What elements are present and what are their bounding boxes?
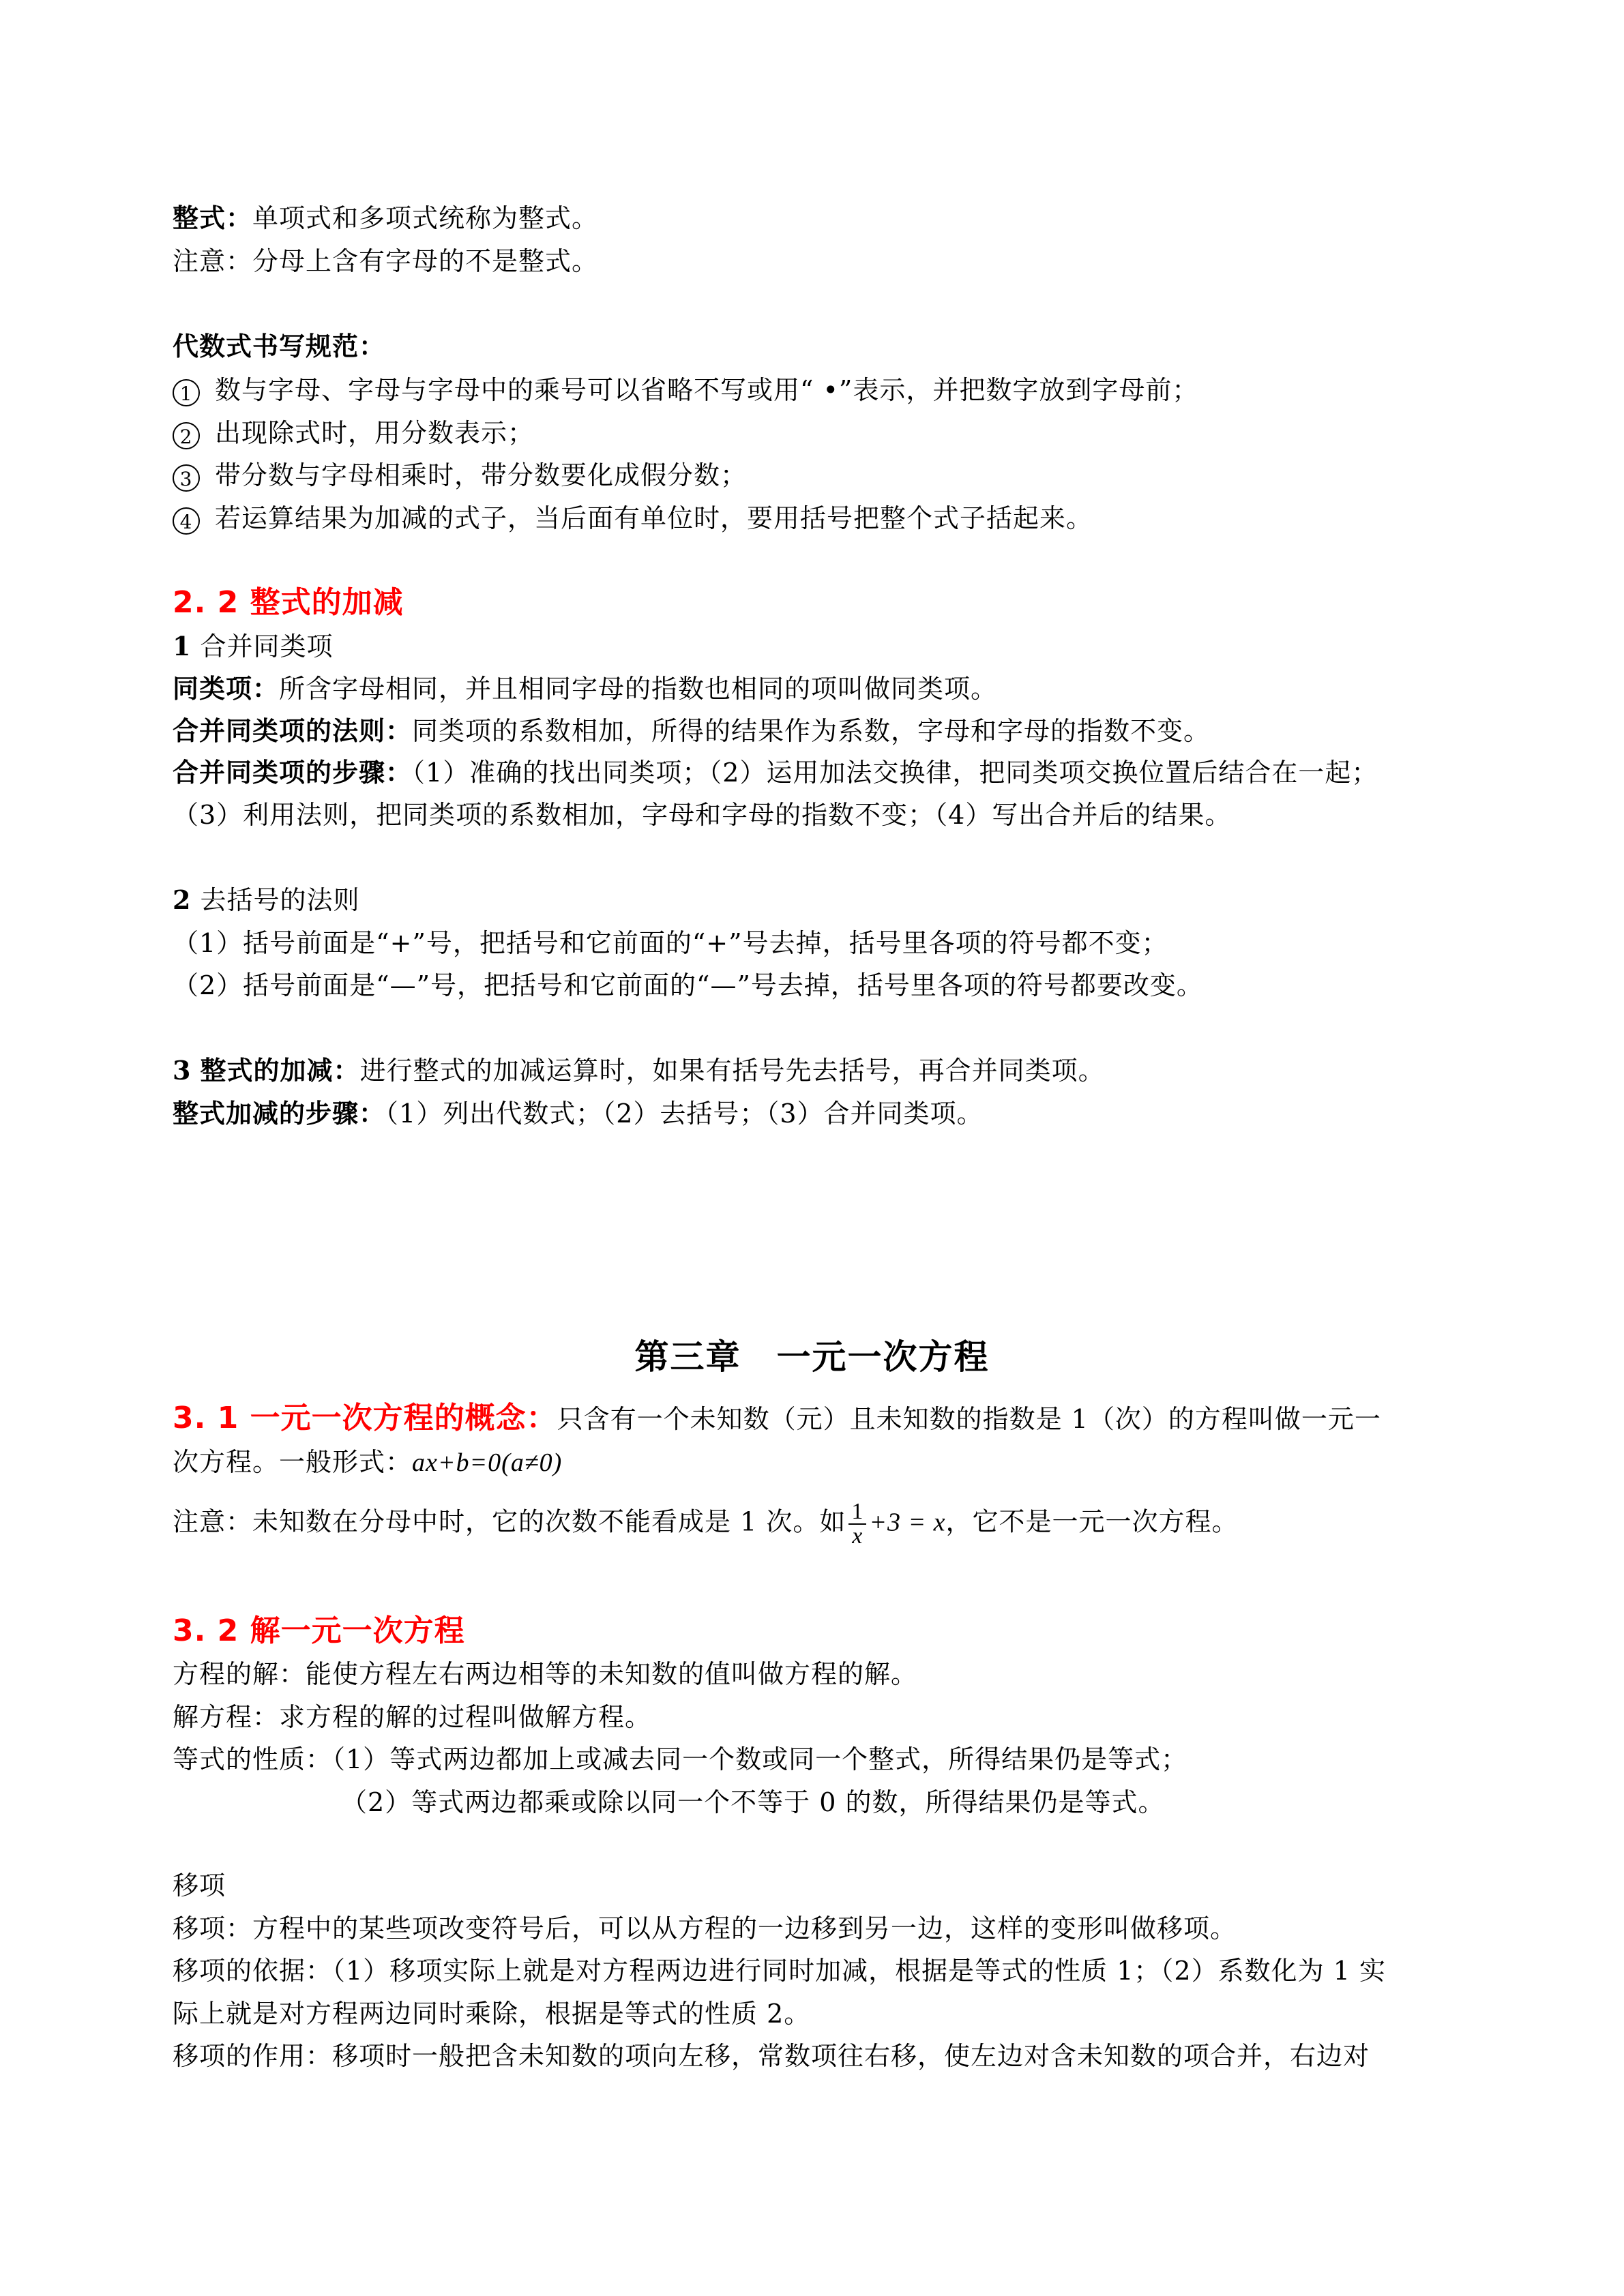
equation-rest: +3 = x	[869, 1508, 945, 1537]
rule-item: 1数与字母、字母与字母中的乘号可以省略不写或用“ •”表示，并把数字放到字母前；	[173, 374, 1198, 406]
definition-text: 单项式和多项式统称为整式。	[252, 203, 598, 233]
writing-rules-title: 代数式书写规范：	[173, 330, 385, 363]
term-label: 同类项：	[173, 673, 279, 704]
subsection-number: 2	[173, 884, 191, 915]
text-line: 解方程：求方程的解的过程叫做解方程。	[173, 1701, 651, 1733]
text-line: 方程的解：能使方程左右两边相等的未知数的值叫做方程的解。	[173, 1658, 917, 1690]
subsection-title-text: 整式的加减：	[201, 1055, 360, 1086]
section-heading-3-1: 3. 1 一元一次方程的概念：	[173, 1401, 557, 1435]
rule-item: 2出现除式时，用分数表示；	[173, 417, 534, 449]
rule-text: 若运算结果为加减的式子，当后面有单位时，要用括号把整个式子括起来。	[215, 503, 1093, 533]
zhengshi-definition: 整式：单项式和多项式统称为整式。	[173, 202, 598, 235]
definition-text: （3）利用法则，把同类项的系数相加，字母和字母的指数不变；（4）写出合并后的结果…	[173, 800, 1231, 830]
circled-number-icon: 3	[173, 464, 200, 492]
circled-number-icon: 2	[173, 422, 200, 449]
rule-line: （2）括号前面是“—”号，把括号和它前面的“—”号去掉，括号里各项的符号都要改变…	[173, 969, 1203, 1002]
definition-text: 所含字母相同，并且相同字母的指数也相同的项叫做同类项。	[279, 674, 997, 704]
rule-line: （1）括号前面是“+”号，把括号和它前面的“+”号去掉，括号里各项的符号都不变；	[173, 927, 1168, 959]
rule-text: 出现除式时，用分数表示；	[215, 418, 534, 448]
text-line: 际上就是对方程两边同时乘除，根据是等式的性质 2。	[173, 1997, 810, 2030]
subsection-title-text: 合并同类项	[201, 631, 334, 661]
definition-line: 合并同类项的步骤：（1）准确的找出同类项；（2）运用加法交换律，把同类项交换位置…	[173, 756, 1378, 789]
subsection-number: 1	[173, 631, 191, 661]
term-label: 合并同类项的法则：	[173, 715, 412, 746]
section-heading-2-2: 2. 2 整式的加减	[173, 586, 404, 619]
definition-line: （3）利用法则，把同类项的系数相加，字母和字母的指数不变；（4）写出合并后的结果…	[173, 799, 1231, 831]
subsection-title-text: 去括号的法则	[201, 885, 360, 915]
fraction-denominator: x	[848, 1525, 866, 1548]
subsection-title: 3 整式的加减：进行整式的加减运算时，如果有括号先去括号，再合并同类项。	[173, 1054, 1105, 1087]
text-line: 移项的依据：（1）移项实际上就是对方程两边进行同时加减，根据是等式的性质 1；（…	[173, 1954, 1386, 1987]
text-line: 移项的作用：移项时一般把含未知数的项向左移，常数项往右移，使左边对含未知数的项合…	[173, 2040, 1370, 2072]
circled-number-icon: 1	[173, 379, 200, 406]
steps-line: 整式加减的步骤：（1）列出代数式；（2）去括号；（3）合并同类项。	[173, 1097, 984, 1130]
definition-text: 次方程。一般形式：	[173, 1447, 412, 1477]
rule-text: 带分数与字母相乘时，带分数要化成假分数；	[215, 460, 747, 490]
rule-text: 数与字母、字母与字母中的乘号可以省略不写或用“ •”表示，并把数字放到字母前；	[215, 375, 1198, 405]
general-form-formula: ax+b=0(a≠0)	[412, 1448, 562, 1477]
zhengshi-note: 注意：分母上含有字母的不是整式。	[173, 245, 598, 278]
term-label: 整式：	[173, 203, 252, 233]
section-3-1-note: 注意：未知数在分母中时，它的次数不能看成是 1 次。如1x+3 = x，它不是一…	[173, 1500, 1239, 1548]
circled-number-icon: 4	[173, 507, 200, 535]
subsection-title: 2 去括号的法则	[173, 884, 360, 916]
fraction: 1x	[848, 1500, 866, 1548]
definition-line: 合并同类项的法则：同类项的系数相加，所得的结果作为系数，字母和字母的指数不变。	[173, 715, 1210, 747]
term-label: 整式加减的步骤：	[173, 1098, 385, 1129]
rule-item: 3带分数与字母相乘时，带分数要化成假分数；	[173, 459, 747, 492]
text-line: （2）等式两边都乘或除以同一个不等于 0 的数，所得结果仍是等式。	[341, 1786, 1165, 1819]
definition-line: 同类项：所含字母相同，并且相同字母的指数也相同的项叫做同类项。	[173, 672, 997, 705]
rule-item: 4若运算结果为加减的式子，当后面有单位时，要用括号把整个式子括起来。	[173, 502, 1093, 535]
text-line: 等式的性质：（1）等式两边都加上或减去同一个数或同一个整式，所得结果仍是等式；	[173, 1743, 1187, 1776]
section-3-1-line2: 次方程。一般形式：ax+b=0(a≠0)	[173, 1446, 562, 1479]
subsection-title: 1 合并同类项	[173, 630, 334, 663]
definition-text: 进行整式的加减运算时，如果有括号先去括号，再合并同类项。	[360, 1056, 1105, 1086]
section-3-1-line1: 3. 1 一元一次方程的概念：只含有一个未知数（元）且未知数的指数是 1（次）的…	[173, 1402, 1381, 1435]
term-label: 合并同类项的步骤：	[173, 757, 412, 788]
definition-text: （1）准确的找出同类项；（2）运用加法交换律，把同类项交换位置后结合在一起；	[412, 758, 1378, 788]
subsection-number: 3	[173, 1055, 191, 1086]
yixiang-title: 移项	[173, 1869, 226, 1902]
fraction-numerator: 1	[848, 1500, 866, 1525]
note-text: 注意：未知数在分母中时，它的次数不能看成是 1 次。如	[173, 1507, 846, 1537]
chapter-title: 第三章 一元一次方程	[0, 1337, 1624, 1377]
text-line: 移项：方程中的某些项改变符号后，可以从方程的一边移到另一边，这样的变形叫做移项。	[173, 1912, 1237, 1945]
steps-text: （1）列出代数式；（2）去括号；（3）合并同类项。	[385, 1099, 984, 1129]
note-suffix: ，它不是一元一次方程。	[946, 1507, 1239, 1537]
definition-text: 同类项的系数相加，所得的结果作为系数，字母和字母的指数不变。	[412, 716, 1210, 746]
definition-text: 只含有一个未知数（元）且未知数的指数是 1（次）的方程叫做一元一	[557, 1404, 1381, 1434]
section-heading-3-2: 3. 2 解一元一次方程	[173, 1615, 465, 1648]
